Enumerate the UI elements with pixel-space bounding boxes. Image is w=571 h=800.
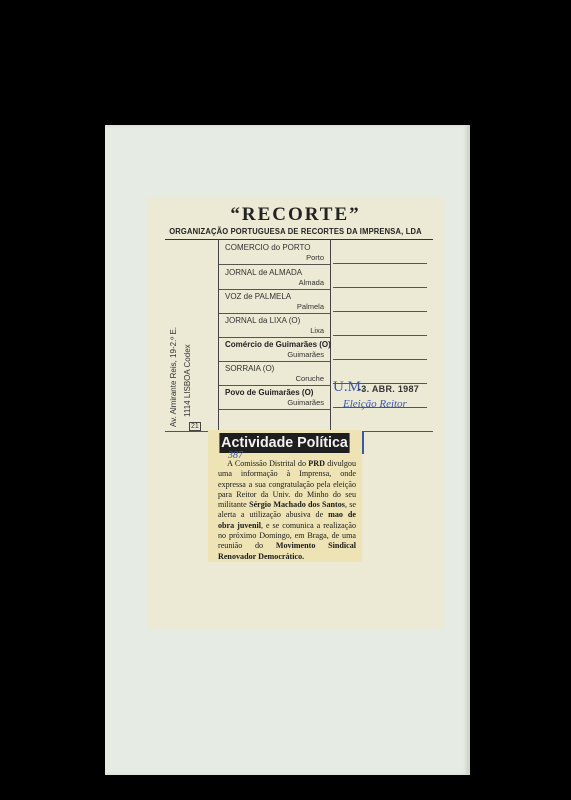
tick-line [333,335,427,336]
publication-row: COMERCIO do PORTO Porto [219,240,330,265]
publication-row: Comércio de Guimarães (O) Guimarães [219,337,330,362]
publication-city: Coruche [296,374,324,383]
publication-row: SORRAIA (O) Coruche [219,361,330,386]
date-stamp: -3. ABR. 1987 [358,384,419,394]
clipping-body: A Comissão Distrital do PRD divulgou uma… [218,459,356,562]
publication-name: VOZ de PALMELA [225,292,291,301]
publication-row: Povo de Guimarães (O) Guimarães [219,385,330,410]
page-number: 21 [189,422,201,431]
tick-line [333,311,427,312]
publication-row: VOZ de PALMELA Palmela [219,289,330,314]
body-text-bold: Sérgio Machado dos Santos [249,500,345,509]
tick-line [333,263,427,264]
newspaper-clipping: Actividade Política 387 A Comissão Distr… [208,430,362,562]
address-line-1: Av. Almirante Reis, 19-2.º E. [169,327,178,427]
tick-line [333,287,427,288]
publication-city: Lixa [310,326,324,335]
agency-subtitle: ORGANIZAÇÃO PORTUGUESA DE RECORTES DA IM… [165,226,426,236]
publication-name: SORRAIA (O) [225,364,274,373]
publication-name: JORNAL da LIXA (O) [225,316,300,325]
agency-title: “RECORTE” [147,204,444,226]
publication-city: Almada [299,278,324,287]
address-line-2: 1114 LISBOA Codex [183,344,192,417]
recorte-slip: “RECORTE” ORGANIZAÇÃO PORTUGUESA DE RECO… [147,197,444,630]
publication-city: Palmela [297,302,324,311]
handwritten-note: Eleição Reitor [343,398,407,410]
publication-city: Guimarães [287,350,324,359]
publication-city: Guimarães [287,398,324,407]
publication-name: Comércio de Guimarães (O) [225,340,331,349]
publication-city: Porto [306,253,324,262]
publication-row: JORNAL da LIXA (O) Lixa [219,313,330,338]
column-divider-right [330,239,331,432]
blue-pen-mark [362,432,364,454]
publication-name: JORNAL de ALMADA [225,268,302,277]
tick-line [333,359,427,360]
body-text: A Comissão Distrital do [227,459,308,468]
publication-row: JORNAL de ALMADA Almada [219,265,330,290]
publication-name: COMERCIO do PORTO [225,243,311,252]
publication-name: Povo de Guimarães (O) [225,388,313,397]
body-text-bold: PRD [308,459,325,468]
